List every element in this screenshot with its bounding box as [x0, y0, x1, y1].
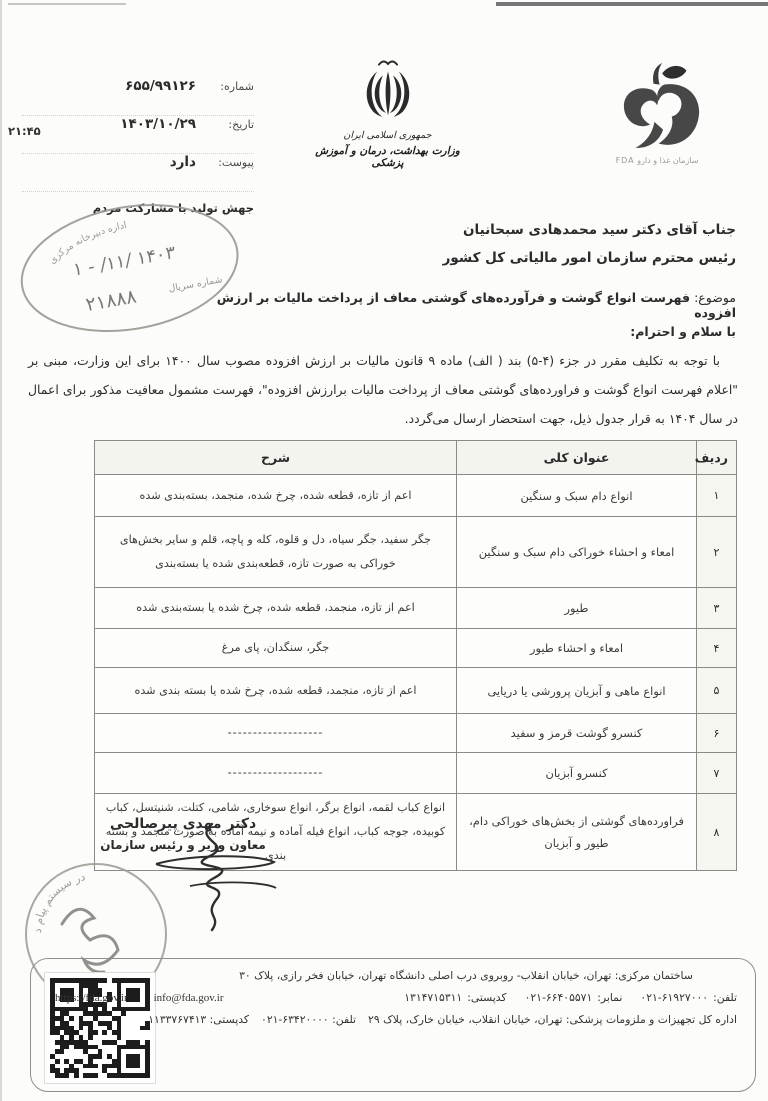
ministry-letterhead: جمهوری اسلامی ایران وزارت بهداشت، درمان …	[300, 58, 475, 169]
footer-fax: نمابر: ۰۲۱-۶۶۴۰۵۵۷۱	[525, 991, 623, 1004]
row-title: انواع دام سبک و سنگین	[457, 475, 697, 517]
signer-title: معاون وزیر و رئیس سازمان	[58, 838, 308, 852]
row-description: جگر، سنگدان، پای مرغ	[95, 629, 457, 668]
footer-equipment-phone-label: تلفن:	[332, 1013, 356, 1026]
scanned-letter-page: شماره: ۶۵۵/۹۹۱۲۶ تاریخ: ۱۴۰۳/۱۰/۲۹ پیوست…	[0, 0, 768, 1101]
scan-artifact-smudge	[8, 3, 126, 5]
exemption-table: ردیف عنوان کلی شرح ۱ انواع دام سبک و سنگ…	[94, 440, 737, 871]
letter-number-value: ۶۵۵/۹۹۱۲۶	[125, 78, 196, 94]
iran-emblem-icon	[359, 109, 417, 128]
footer-equipment-phone: تلفن: ۰۲۱-۶۳۴۲۰۰۰۰	[261, 1013, 356, 1026]
subject-line: موضوع: فهرست انواع گوشت و فرآورده‌های گو…	[176, 290, 736, 320]
footer-main-address: ساختمان مرکزی: تهران، خیابان انقلاب- روب…	[45, 969, 737, 982]
body-paragraph: با توجه به تکلیف مقرر در جزء (۴-۵) بند (…	[28, 346, 738, 433]
footer-email: info@fda.gov.ir	[154, 992, 224, 1004]
footer-phone-value: ۰۲۱-۶۱۹۲۷۰۰۰	[640, 991, 708, 1004]
footer-website: https://fda.gov.ir	[55, 992, 128, 1004]
letter-date-row: تاریخ: ۱۴۰۳/۱۰/۲۹	[22, 116, 254, 154]
table-row: ۴ امعاء و احشاء طیور جگر، سنگدان، پای مر…	[95, 629, 737, 668]
footer-equipment-phone-value: ۰۲۱-۶۳۴۲۰۰۰۰	[261, 1013, 329, 1026]
recipient-name: جناب آقای دکتر سید محمدهادی سبحانیان	[443, 216, 736, 244]
row-number: ۱	[697, 475, 737, 517]
letter-number-row: شماره: ۶۵۵/۹۹۱۲۶	[22, 78, 254, 116]
scan-artifact-bar	[496, 2, 768, 6]
salutation: با سلام و احترام:	[630, 324, 736, 339]
footer-urls: https://fda.gov.ir info@fda.gov.ir	[49, 992, 224, 1004]
footer-postal-value: ۱۳۱۴۷۱۵۳۱۱	[404, 991, 462, 1004]
footer-equipment-postal-label: کدپستی:	[210, 1013, 249, 1026]
signature-block: دکتر مهدی پیرصالحی معاون وزیر و رئیس ساز…	[58, 816, 308, 852]
row-number: ۷	[697, 753, 737, 794]
letter-attachment-label: پیوست:	[206, 156, 254, 169]
footer-equipment-office-line: اداره کل تجهیزات و ملزومات پزشکی: تهران،…	[45, 1013, 737, 1026]
footer-postal-label: کدپستی:	[467, 991, 506, 1004]
receipt-stamp-serial-value: ۲۱۸۸۸	[84, 285, 138, 316]
row-title: فراورده‌های گوشتی از بخش‌های خوراکی دام،…	[457, 794, 697, 871]
row-title: طیور	[457, 588, 697, 629]
letter-date-value: ۱۴۰۳/۱۰/۲۹	[120, 116, 196, 132]
row-number: ۴	[697, 629, 737, 668]
footer-contact-box: ساختمان مرکزی: تهران، خیابان انقلاب- روب…	[30, 958, 756, 1092]
row-title: کنسرو آبزیان	[457, 753, 697, 794]
col-header-row-number: ردیف	[697, 441, 737, 475]
row-number: ۶	[697, 714, 737, 753]
row-description: اعم از تازه، منجمد، قطعه شده، چرخ شده یا…	[95, 588, 457, 629]
col-header-general-title: عنوان کلی	[457, 441, 697, 475]
row-description: -------------------	[95, 714, 457, 753]
table-row: ۲ امعاء و احشاء خوراکی دام سبک و سنگین ج…	[95, 517, 737, 588]
svg-text:در سیستم پیام دریافت گردید: در سیستم پیام دریافت گردید	[20, 858, 87, 934]
letter-attachment-value: دارد	[170, 154, 196, 170]
footer-phone-label: تلفن:	[713, 991, 737, 1004]
fda-logo-block: سازمان غذا و دارو FDA	[578, 60, 736, 165]
footer-equipment-address: اداره کل تجهیزات و ملزومات پزشکی: تهران،…	[368, 1013, 737, 1026]
row-description: اعم از تازه، قطعه شده، چرخ شده، منجمد، ب…	[95, 475, 457, 517]
letter-date-label: تاریخ:	[206, 118, 254, 131]
footer-equipment-postal-value: ۱۱۳۳۷۶۷۴۱۳	[148, 1013, 206, 1026]
fda-logo-caption: سازمان غذا و دارو FDA	[578, 156, 736, 165]
footer-fax-value: ۰۲۱-۶۶۴۰۵۵۷۱	[525, 991, 593, 1004]
delivery-stamp-text: در سیستم پیام دریافت گردید	[20, 858, 87, 934]
subject-label: موضوع:	[694, 290, 736, 305]
col-header-description: شرح	[95, 441, 457, 475]
footer-phone: تلفن: ۰۲۱-۶۱۹۲۷۰۰۰	[640, 991, 737, 1004]
table-row: ۳ طیور اعم از تازه، منجمد، قطعه شده، چرخ…	[95, 588, 737, 629]
row-number: ۸	[697, 794, 737, 871]
table-row: ۱ انواع دام سبک و سنگین اعم از تازه، قطع…	[95, 475, 737, 517]
row-title: کنسرو گوشت قرمز و سفید	[457, 714, 697, 753]
scan-edge-line	[0, 0, 2, 1101]
signer-name: دکتر مهدی پیرصالحی	[58, 816, 308, 832]
letter-number-label: شماره:	[206, 80, 254, 93]
footer-fax-label: نمابر:	[597, 991, 622, 1004]
row-title: انواع ماهی و آبزیان پرورشی یا دریایی	[457, 668, 697, 714]
row-number: ۳	[697, 588, 737, 629]
footer-contact-line: تلفن: ۰۲۱-۶۱۹۲۷۰۰۰ نمابر: ۰۲۱-۶۶۴۰۵۵۷۱ ک…	[45, 991, 737, 1004]
row-number: ۵	[697, 668, 737, 714]
table-row: ۷ کنسرو آبزیان -------------------	[95, 753, 737, 794]
table-row: ۵ انواع ماهی و آبزیان پرورشی یا دریایی ا…	[95, 668, 737, 714]
row-title: امعاء و احشاء خوراکی دام سبک و سنگین	[457, 517, 697, 588]
table-row: ۶ کنسرو گوشت قرمز و سفید ---------------…	[95, 714, 737, 753]
row-description: اعم از تازه، منجمد، قطعه شده، چرخ شده یا…	[95, 668, 457, 714]
receipt-stamp-date: ۱۴۰۳ /۱۱/ - ۱	[72, 242, 176, 281]
row-description: جگر سفید، جگر سیاه، دل و قلوه، کله و پاچ…	[95, 517, 457, 588]
footer-postal: کدپستی: ۱۳۱۴۷۱۵۳۱۱	[404, 991, 506, 1004]
recipient-title: رئیس محترم سازمان امور مالیاتی کل کشور	[443, 244, 736, 272]
fax-timestamp: ۲۱:۴۵	[8, 124, 41, 138]
recipient-block: جناب آقای دکتر سید محمدهادی سبحانیان رئی…	[443, 216, 736, 272]
footer-equipment-postal: کدپستی: ۱۱۳۳۷۶۷۴۱۳	[148, 1013, 249, 1026]
row-number: ۲	[697, 517, 737, 588]
row-title: امعاء و احشاء طیور	[457, 629, 697, 668]
table-header-row: ردیف عنوان کلی شرح	[95, 441, 737, 475]
row-description: -------------------	[95, 753, 457, 794]
emblem-country-text: جمهوری اسلامی ایران	[300, 130, 475, 141]
emblem-ministry-text: وزارت بهداشت، درمان و آموزش پزشکی	[300, 145, 475, 169]
subject-text: فهرست انواع گوشت و فرآورده‌های گوشتی معا…	[217, 290, 736, 320]
